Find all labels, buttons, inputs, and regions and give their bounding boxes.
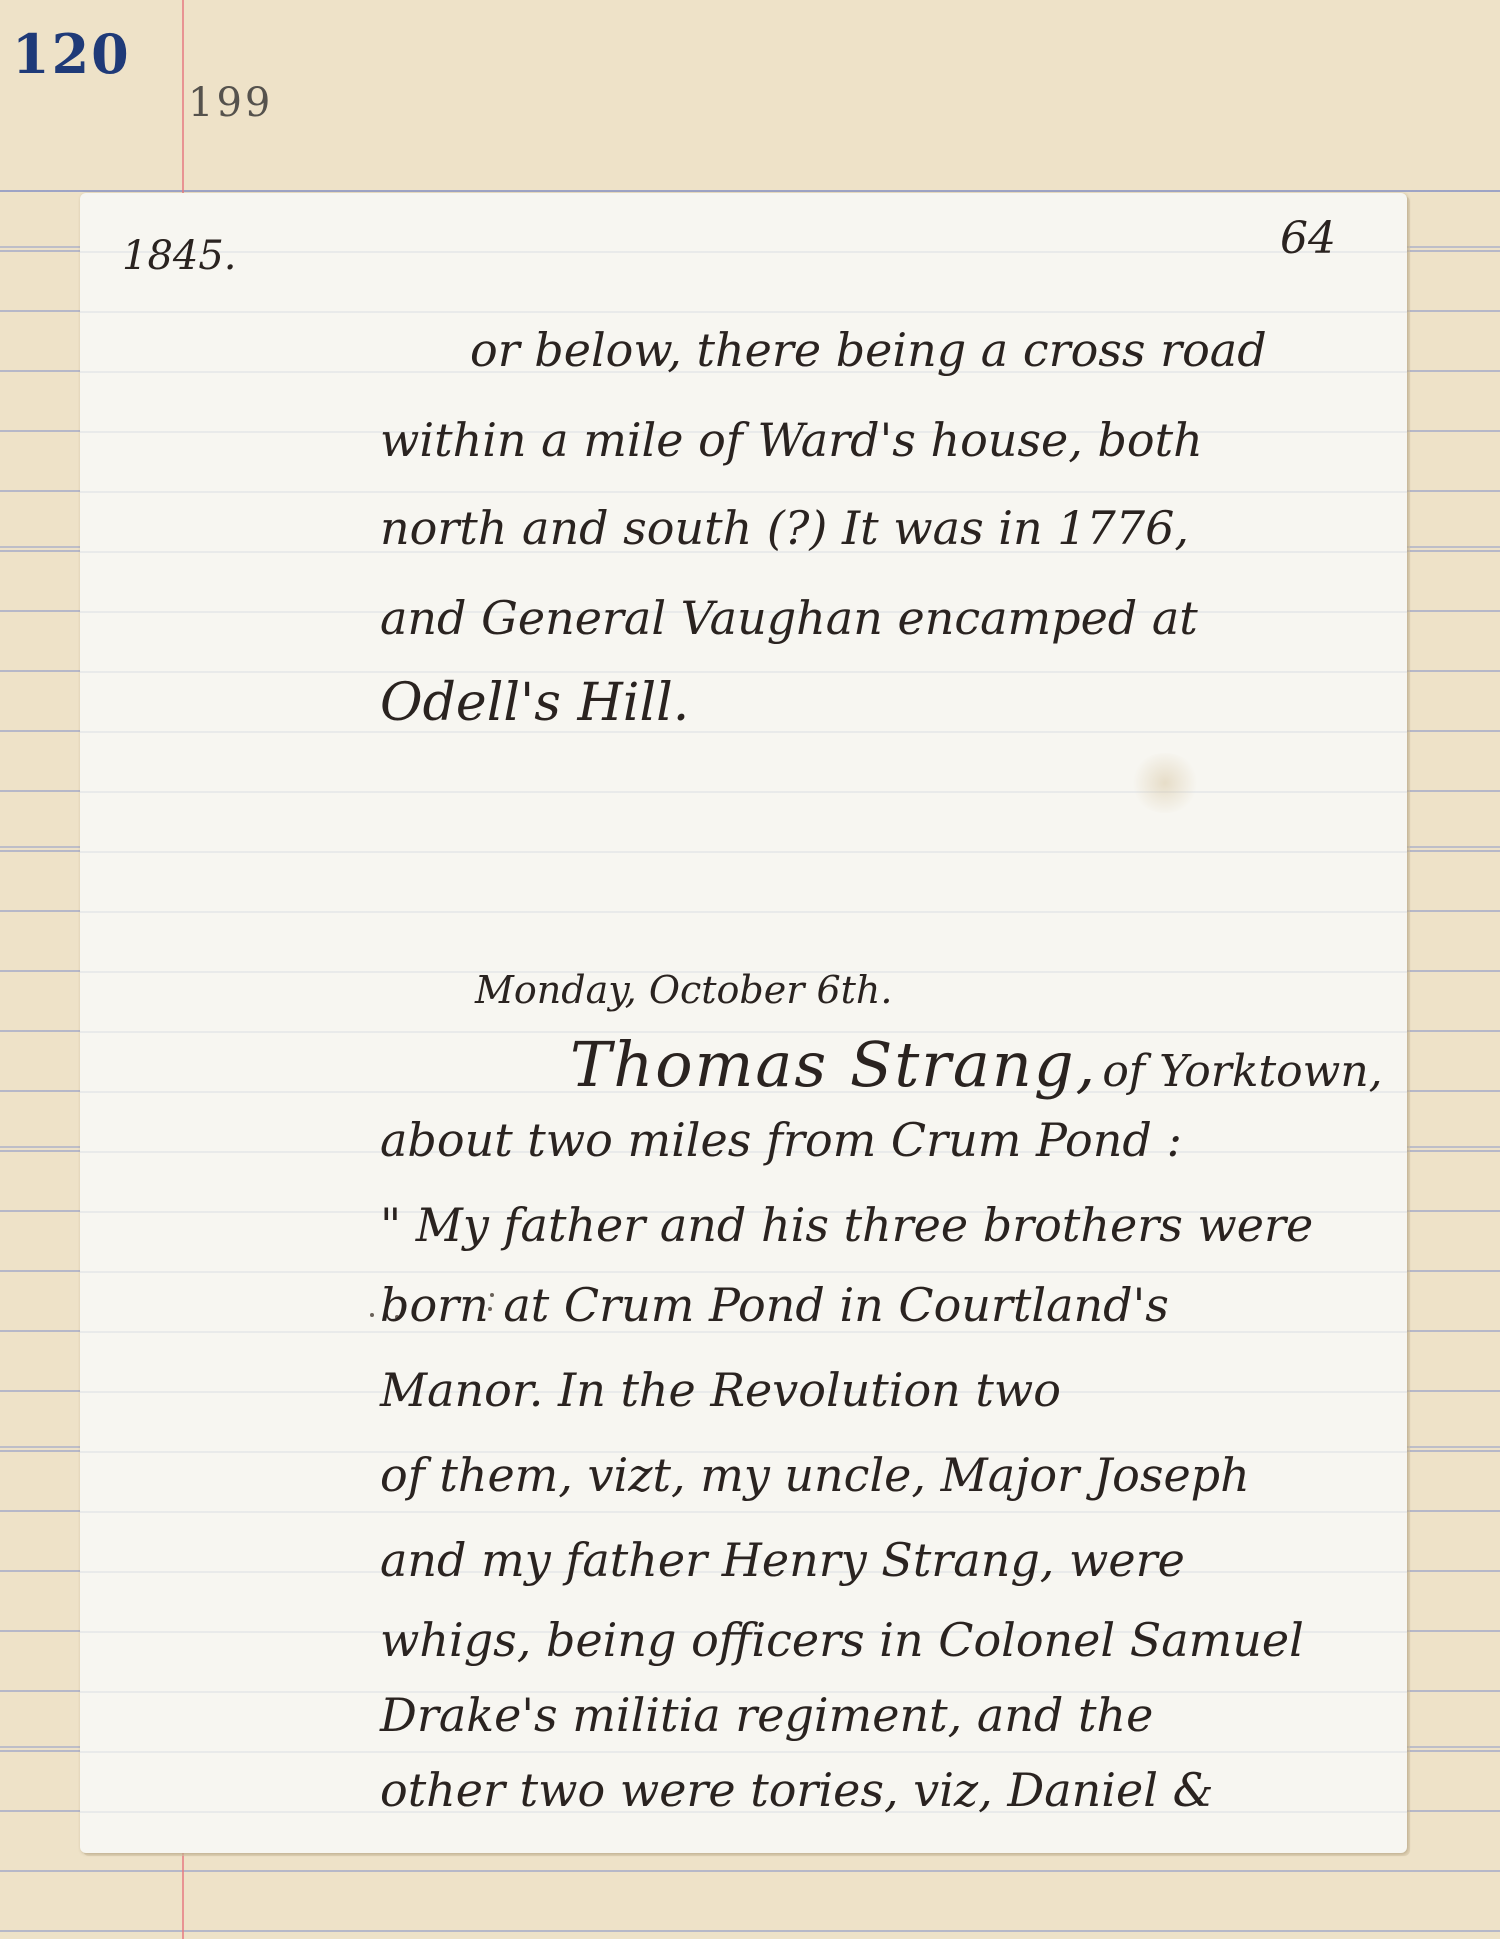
text-line: other two were tories, viz, Daniel & <box>380 1763 1214 1817</box>
text-line: Drake's militia regiment, and the <box>380 1688 1153 1742</box>
text-line: north and south (?) It was in 1776, <box>380 501 1189 555</box>
archive-page-number: 199 <box>188 80 273 126</box>
text-line: within a mile of Ward's house, both <box>380 413 1203 467</box>
text-line: Odell's Hill. <box>380 673 689 733</box>
text-line: or below, there being a cross road <box>470 323 1267 377</box>
entry-heading: Thomas Strang, of Yorktown, <box>570 1028 1383 1101</box>
text-line: about two miles from Crum Pond : <box>380 1113 1182 1167</box>
entry-date: Monday, October 6th. <box>475 968 892 1012</box>
archive-stamp-number: 120 <box>12 22 131 86</box>
paper-stain <box>1130 753 1200 813</box>
text-line: Manor. In the Revolution two <box>380 1363 1061 1417</box>
manuscript-sheet: 1845. 64 or below, there being a cross r… <box>80 193 1407 1853</box>
text-line: and my father Henry Strang, were <box>380 1533 1185 1587</box>
text-line: whigs, being officers in Colonel Samuel <box>380 1613 1304 1667</box>
text-line: " My father and his three brothers were <box>380 1198 1313 1252</box>
entry-person-name: Thomas Strang, <box>570 1028 1097 1101</box>
manuscript-year: 1845. <box>122 233 237 279</box>
text-line: and General Vaughan encamped at <box>380 591 1198 645</box>
text-line: born at Crum Pond in Courtland's <box>380 1278 1169 1332</box>
entry-person-place: of Yorktown, <box>1102 1046 1382 1097</box>
text-line: of them, vizt, my uncle, Major Joseph <box>380 1448 1250 1502</box>
manuscript-folio-number: 64 <box>1280 213 1336 264</box>
